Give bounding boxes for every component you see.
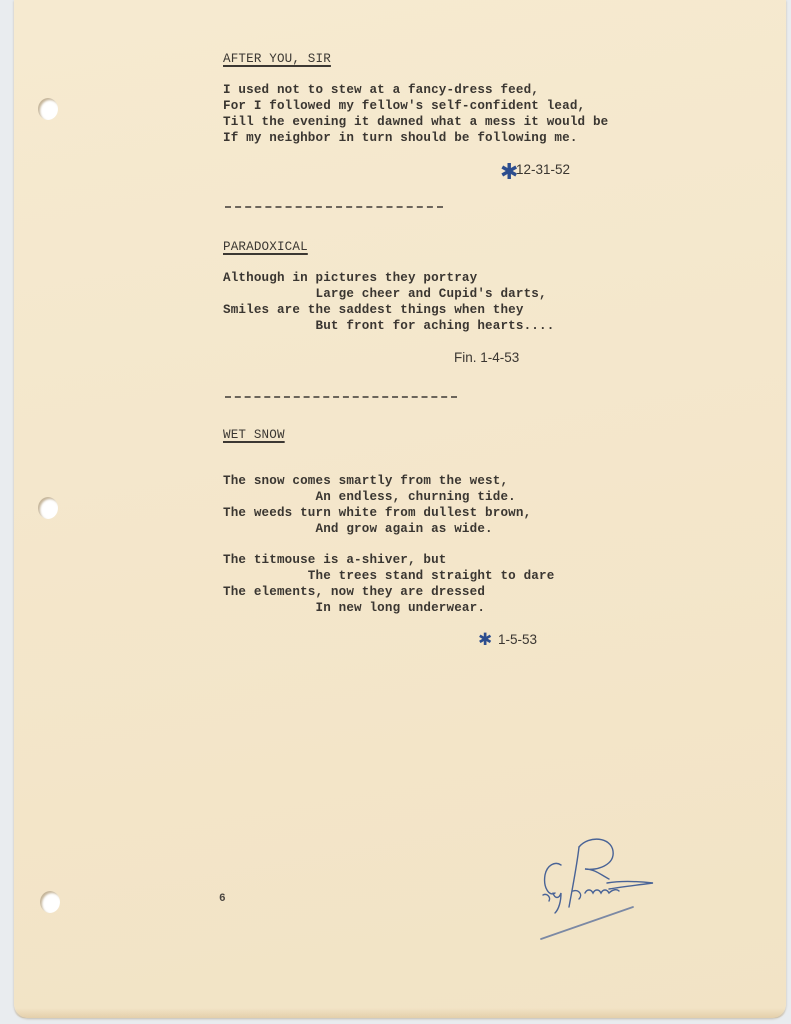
poem-line: The weeds turn white from dullest brown, [223, 506, 531, 520]
poem-title-paradoxical: PARADOXICAL [223, 240, 308, 254]
section-divider [225, 396, 457, 398]
punch-hole-top [38, 98, 58, 120]
document-page: AFTER YOU, SIR I used not to stew at a f… [14, 0, 786, 1018]
poem-line: The snow comes smartly from the west, [223, 474, 508, 488]
poem-line: For I followed my fellow's self-confiden… [223, 99, 585, 113]
poem-line: I used not to stew at a fancy-dress feed… [223, 83, 539, 97]
poem-title-wet-snow: WET SNOW [223, 428, 285, 442]
punch-hole-middle [38, 497, 58, 519]
poem-title-after-you-sir: AFTER YOU, SIR [223, 52, 331, 66]
punch-hole-bottom [40, 891, 60, 913]
poem-date: 1-5-53 [498, 632, 537, 647]
poem-line: The trees stand straight to dare [223, 569, 554, 583]
poem-line: Smiles are the saddest things when they [223, 303, 524, 317]
poem-line: But front for aching hearts.... [223, 319, 554, 333]
signature-icon [519, 835, 659, 945]
poem-line: Large cheer and Cupid's darts, [223, 287, 547, 301]
section-divider [225, 206, 443, 208]
page-number: 6 [219, 893, 226, 905]
poem-line: Till the evening it dawned what a mess i… [223, 115, 608, 129]
poem-line: An endless, churning tide. [223, 490, 516, 504]
poem-line: The titmouse is a-shiver, but [223, 553, 447, 567]
poem-date: 12-31-52 [516, 162, 570, 177]
poem-date: Fin. 1-4-53 [454, 350, 519, 365]
poem-line: Although in pictures they portray [223, 271, 477, 285]
asterisk-mark-icon: ✱ [478, 630, 492, 650]
poem-line: If my neighbor in turn should be followi… [223, 131, 578, 145]
poem-line: The elements, now they are dressed [223, 585, 485, 599]
poem-line: And grow again as wide. [223, 522, 493, 536]
poem-line: In new long underwear. [223, 601, 485, 615]
